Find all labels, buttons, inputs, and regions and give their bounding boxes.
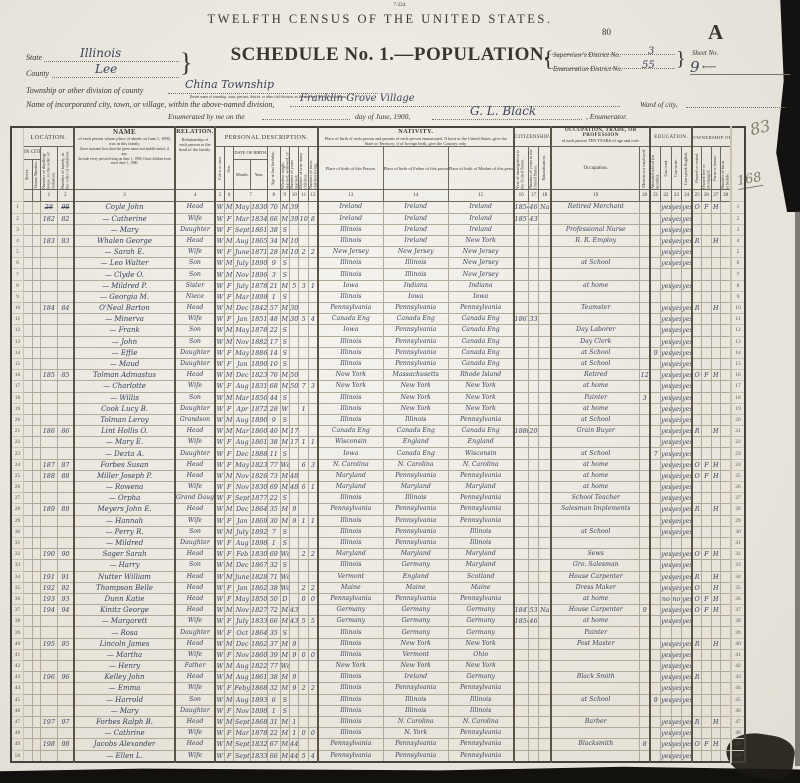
can-write-header: Can write.: [671, 147, 682, 190]
enumerated-prefix: Enumerated by me on the: [168, 112, 245, 121]
owned-free-header: Owned free or mortgaged.: [702, 147, 711, 190]
census-row: 12898Coyle JohnHeadWMMay183070M39Ireland…: [11, 202, 745, 213]
census-row: 17— CharlotteWifeWFAug183168M5073New Yor…: [11, 381, 745, 392]
census-row: 3219090Sager SarahHeadWFFeb183069Wd22Mar…: [11, 549, 745, 560]
line-number-header-left: [11, 127, 24, 202]
sheet-line: [690, 74, 790, 75]
sex-header: Sex.: [224, 147, 233, 190]
occupation-group: OCCUPATION, TRADE, OR PROFESSION of each…: [551, 127, 650, 147]
census-row: 4719797Forbes Ralph B.HeadWMSept186831M1…: [11, 716, 745, 727]
month-header: Month.: [234, 159, 251, 190]
census-row: 3519292Thompson BelleHeadWFJan186238Wd22…: [11, 582, 745, 593]
scan-edge-top-right: [766, 0, 800, 212]
census-row: 3— MaryDaughterWFSept186138SIllinoisIrel…: [11, 224, 745, 235]
relation-title: RELATION.: [176, 128, 214, 135]
census-row: 46— MaryDaughterWFNov18981SIllinoisIllin…: [11, 705, 745, 716]
name-desc-2: Enter surname first, then the given name…: [75, 146, 174, 156]
relation-group: RELATION. Relationship of each person to…: [175, 127, 215, 190]
occupation-desc: of each person TEN YEARS of age and over…: [552, 138, 649, 143]
enumerator-line: [432, 119, 582, 120]
relation-desc: Relationship of each person to the head …: [176, 135, 214, 152]
year-header: Year.: [251, 159, 268, 190]
enumeration-line: [550, 68, 675, 69]
census-row: 48— CathrineWifeWFMar187822M100IllinoisN…: [11, 728, 745, 739]
naturalization-header: Naturalization.: [539, 147, 552, 190]
column-number-row: 1 2 3 4 5 6 7 8 9 10 11 12 13 14 15 16 1…: [11, 190, 745, 202]
census-row: 2518888Miller Joseph P.HeadWMNov182673M4…: [11, 470, 745, 481]
census-row: 9— Georgia M.NieceWFMar18991SIllinoisIow…: [11, 291, 745, 302]
township-label: Township or other division of county: [26, 86, 143, 95]
enumerator-suffix: , Enumerator.: [586, 112, 627, 121]
census-row: 20Tolman LeroyGrandsonWMAug18909SIllinoi…: [11, 414, 745, 425]
personal-group: PERSONAL DESCRIPTION.: [215, 127, 318, 147]
enumerator-value: G. L. Black: [470, 104, 536, 118]
ward-label: Ward of city,: [640, 100, 678, 109]
census-row: 44— EmmaWifeWFFeby186832M922IllinoisPenn…: [11, 683, 745, 694]
supervisor-line: [550, 54, 675, 55]
enumeration-district-value: 55: [642, 60, 655, 71]
immigration-year-header: Year of immigration to the United States…: [514, 147, 529, 190]
census-rows: 12898Coyle JohnHeadWMMay183070M39Ireland…: [11, 202, 745, 762]
census-row: 7— Clyde O.SonWMNov18963SIllinoisIllinoi…: [11, 269, 745, 280]
state-label: State: [26, 53, 42, 62]
birthplace-person-header: Place of birth of this Person.: [318, 147, 383, 190]
date-of-birth-header: DATE OF BIRTH.: [234, 147, 268, 159]
census-row: 50— Ellen L.WifeWFSept183366M4454Pennsyl…: [11, 750, 745, 762]
color-race-header: Color or race.: [215, 147, 224, 190]
census-row: 2118686Lint Hollis O.HeadWMMar186040M17C…: [11, 426, 745, 437]
census-row: 29— HannahWifeWFJan186930M911IllinoisPen…: [11, 515, 745, 526]
nativity-desc: Place of birth of each person and parent…: [319, 135, 513, 146]
census-row: 3719494Kinitz GeorgeHeadWMNov182772M43Ge…: [11, 605, 745, 616]
census-row: 41— MarthaWifeWFNov186039M900IllinoisVer…: [11, 649, 745, 660]
census-row: 31— MildredDaughterWFAug18981SIllinoisPe…: [11, 537, 745, 548]
in-cities-header: IN CITIES.: [24, 147, 41, 159]
census-row: 12— FrankSonWMMay187822SIowaPennsylvania…: [11, 325, 745, 336]
supervisor-district-value: 3: [648, 46, 654, 57]
census-row: 42— HenryFatherWMAug182277WdNew YorkNew …: [11, 661, 745, 672]
age-header: Age at last birthday.: [267, 147, 280, 190]
census-row: 1018484O'Neal BartonHeadWMDec184257M30Pe…: [11, 303, 745, 314]
census-row: 8— Mildred P.SisterWFJuly187821M531IowaI…: [11, 280, 745, 291]
house-number-header: House Number.: [32, 159, 40, 190]
page-number: 80: [602, 27, 611, 37]
census-table: LOCATION. NAME of each person whose plac…: [10, 126, 746, 763]
name-title: NAME: [75, 128, 174, 136]
enumerated-day-line: [262, 119, 350, 120]
form-number: 7-224.: [0, 3, 800, 8]
township-value: China Township: [185, 78, 274, 91]
census-row: 23— Dezta A.DaughterWFDec188811SIowaCana…: [11, 448, 745, 459]
ownership-group: OWNERSHIP OF HOME.: [692, 127, 731, 147]
margin-note-top: 83: [748, 116, 772, 139]
street-header: Street.: [24, 159, 32, 190]
census-row: 418383Whalen GeorgeHeadWMAug186534M10Ill…: [11, 235, 745, 246]
census-sheet: 7-224. TWELFTH CENSUS OF THE UNITED STAT…: [0, 0, 800, 783]
sheet-no-label: Sheet No.: [692, 50, 718, 57]
census-row: 14— EffieDaughterWFMay188614SIllinoisPen…: [11, 347, 745, 358]
brace-right: }: [676, 48, 686, 71]
ward-line: [686, 107, 786, 108]
census-row: 45— HarroldSonWMAug18936SIllinoisIllinoi…: [11, 694, 745, 705]
census-row: 3419191Nutter WilliamHeadWMJune182871WdV…: [11, 571, 745, 582]
nativity-title: NATIVITY.: [319, 128, 513, 135]
name-desc-1: of each person whose place of abode on J…: [75, 136, 174, 146]
line-number-header-right: [731, 127, 745, 202]
census-row: 13— JohnSonWMNov188217SIllinoisPennsylva…: [11, 336, 745, 347]
scan-edge-bottom: [0, 765, 800, 783]
occupation-header: Occupation.: [551, 147, 639, 190]
city-line: [290, 106, 620, 107]
county-line: [52, 77, 179, 78]
census-row: 218282— CatherineWifeWFMar183466M39108Ir…: [11, 213, 745, 224]
city-value: Franklin Grove Village: [300, 93, 415, 104]
census-row: 2818989Meyers John E.HeadWMDec186435M9Pe…: [11, 504, 745, 515]
census-title: TWELFTH CENSUS OF THE UNITED STATES.: [0, 12, 760, 27]
census-row: 27— OrphaGrand DaughterWFSept187722SIlli…: [11, 493, 745, 504]
county-value: Lee: [95, 62, 117, 76]
sheet-arrow-icon: ⟵: [702, 62, 716, 73]
name-group: NAME of each person whose place of abode…: [74, 127, 175, 190]
citizenship-group: CITIZENSHIP.: [514, 127, 552, 147]
census-row: 39— RosaDaughterWFOct186435SIllinoisGerm…: [11, 627, 745, 638]
children-living-header: Number of these children living.: [308, 147, 318, 190]
birthplace-mother-header: Place of birth of Mother of this person.: [448, 147, 513, 190]
census-row: 38— MargarettWifeWFJuly183366M4355German…: [11, 616, 745, 627]
census-row: 18— WillisSonWMMar185644SIllinoisNew Yor…: [11, 392, 745, 403]
census-row: 4919898Jacobs AlexanderHeadWMSept183267M…: [11, 739, 745, 750]
census-row: 6— Leo WalterSonWMJuly18909SIllinoisIlli…: [11, 258, 745, 269]
census-row: 33— HarrySonWMDec186732SIllinoisGermanyM…: [11, 560, 745, 571]
birthplace-father-header: Place of birth of Father of this person.: [383, 147, 448, 190]
state-county-brace: }: [180, 48, 192, 78]
census-row: 26— RowenaWifeWFNov183069M4861MarylandMa…: [11, 482, 745, 493]
dwelling-number-header: Number of dwelling-house, in the order o…: [40, 147, 57, 190]
years-in-us-header: Number of years in the United States.: [528, 147, 539, 190]
census-row: 5— Sarah E.WifeWFJune187128M1022New Jers…: [11, 247, 745, 258]
enumerated-mid: day of June, 1900,: [355, 112, 410, 121]
scan-edge-right: [795, 210, 800, 766]
county-label: County: [26, 69, 49, 78]
family-number-header: Number of family, in the order of visita…: [57, 147, 74, 190]
city-label: Name of incorporated city, town, or vill…: [26, 100, 274, 109]
census-row: 2418787Forbes SusanHeadWFMay182377Wd63N.…: [11, 459, 745, 470]
years-married-header: Number of years married.: [290, 147, 299, 190]
census-row: 4319696Kelley JohnHeadWMAug186138M9Illin…: [11, 672, 745, 683]
state-value: Illinois: [80, 46, 121, 60]
census-row: 1618585Tolman AdmastusHeadWMDec182376M50…: [11, 370, 745, 381]
education-group: EDUCATION.: [650, 127, 692, 147]
farm-schedule-header: Number of farm schedule.: [721, 147, 732, 190]
mother-of-header: Mother of how many children.: [299, 147, 308, 190]
census-row: 15— MaudDaughterWFJan189010SIllinoisPenn…: [11, 358, 745, 369]
farm-or-house-header: Farm or house.: [711, 147, 720, 190]
months-not-employed-header: Months not employed.: [640, 147, 651, 190]
census-row: 19Cook Lucy B.DaughterWFApr187228W1Illin…: [11, 403, 745, 414]
occupation-title: OCCUPATION, TRADE, OR PROFESSION: [552, 128, 649, 138]
census-row: 3619393Dunn KatieHeadWFMay185050D00Penns…: [11, 593, 745, 604]
can-speak-english-header: Can speak English.: [682, 147, 693, 190]
name-desc-3: Include every person living on June 1, 1…: [75, 156, 174, 166]
can-read-header: Can read.: [661, 147, 672, 190]
census-row: 11— MinervaWifeWFJan185148M3054Canada En…: [11, 314, 745, 325]
marital-header: Whether single, married, widowed, or div…: [280, 147, 289, 190]
census-table-wrap: LOCATION. NAME of each person whose plac…: [10, 126, 746, 763]
page-letter: A: [708, 20, 723, 45]
census-row: 22— Mary E.WifeWFAug186138M1711Wisconsin…: [11, 437, 745, 448]
attended-school-header: Attended school (in months).: [650, 147, 661, 190]
nativity-group: NATIVITY. Place of birth of each person …: [318, 127, 514, 147]
census-table-header: LOCATION. NAME of each person whose plac…: [11, 127, 745, 202]
location-group: LOCATION.: [24, 127, 74, 147]
census-row: 4019595Lincoln JamesHeadWMDec186237M9Ill…: [11, 638, 745, 649]
owned-rented-header: Owned or rented.: [692, 147, 701, 190]
census-row: 30— Perry R.SonWMJuly18927SIllinoisPenns…: [11, 526, 745, 537]
